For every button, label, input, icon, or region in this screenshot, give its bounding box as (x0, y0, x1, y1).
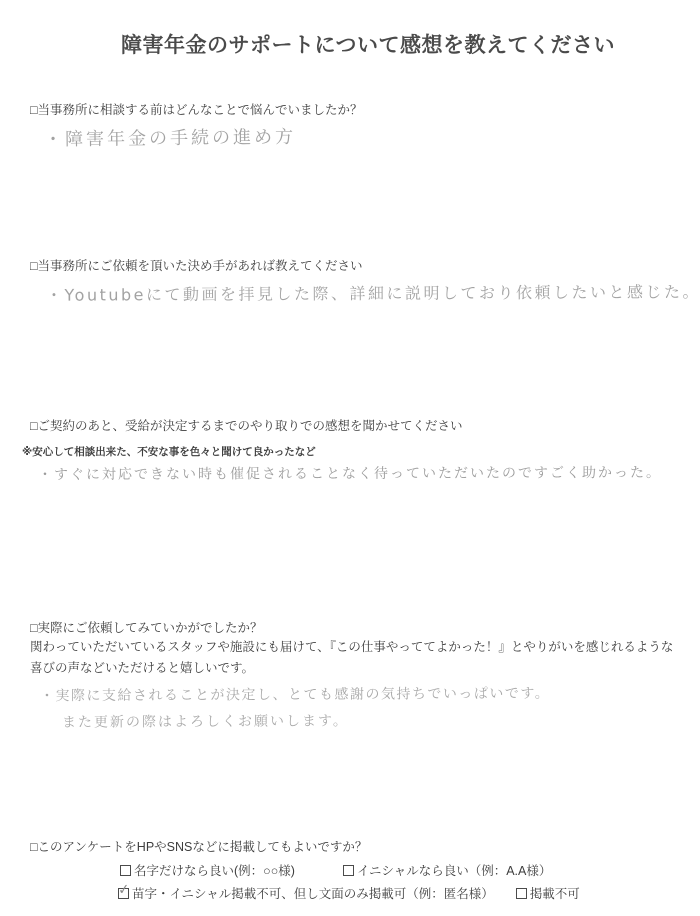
option-anonymous-text-only: ✓ 苗字・イニシャル掲載不可、但し文面のみ掲載可（例：匿名様） (118, 884, 494, 902)
checkbox-lastname-ok[interactable] (120, 865, 131, 876)
option-no-publication-label: 掲載不可 (530, 884, 580, 902)
question-4-label: □実際にご依頼してみていかがでしたか？ (30, 618, 263, 636)
question-1-handwritten-answer: ・障害年金の手続の進め方 (44, 123, 296, 152)
survey-page: 障害年金のサポートについて感想を教えてください □当事務所に相談する前はどんなこ… (0, 0, 700, 916)
question-4-description: 関わっていただいているスタッフや施設にも届けて、『この仕事やっててよかった！』と… (30, 637, 678, 679)
publication-options-row-2: ✓ 苗字・イニシャル掲載不可、但し文面のみ掲載可（例：匿名様） 掲載不可 (118, 884, 580, 902)
publication-options-row-1: 名字だけなら良い(例：○○様) イニシャルなら良い（例：A.A様） (120, 861, 551, 879)
option-lastname-ok: 名字だけなら良い(例：○○様) (120, 861, 295, 879)
option-lastname-ok-label: 名字だけなら良い(例：○○様) (134, 861, 295, 879)
option-anonymous-text-only-label: 苗字・イニシャル掲載不可、但し文面のみ掲載可（例：匿名様） (132, 884, 494, 902)
question-4-handwritten-answer-line2: また更新の際はよろしくお願いします。 (62, 710, 349, 732)
option-no-publication: 掲載不可 (516, 884, 580, 902)
question-3-label: □ご契約のあと、受給が決定するまでのやり取りでの感想を聞かせてください (30, 416, 463, 434)
checkbox-anonymous-text-only[interactable]: ✓ (118, 888, 129, 899)
question-3-hint-note: ※安心して相談出来た、不安な事を色々と聞けて良かったなど (22, 444, 316, 459)
question-2-handwritten-answer: ・Youtubeにて動画を拝見した際、詳細に説明しており依頼したいと感じた。 (46, 279, 700, 305)
question-4-handwritten-answer-line1: ・実際に支給されることが決定し、とても感謝の気持ちでいっぱいです。 (40, 683, 550, 706)
question-3-handwritten-answer: ・すぐに対応できない時も催促されることなく待っていただいたのですごく助かった。 (38, 462, 662, 484)
question-1-label: □当事務所に相談する前はどんなことで悩んでいましたか？ (30, 100, 363, 118)
page-title: 障害年金のサポートについて感想を教えてください (36, 29, 700, 59)
checkbox-initials-ok[interactable] (343, 865, 354, 876)
question-2-label: □当事務所にご依頼を頂いた決め手があれば教えてください (30, 256, 363, 274)
option-initials-ok-label: イニシャルなら良い（例：A.A様） (357, 861, 551, 879)
option-initials-ok: イニシャルなら良い（例：A.A様） (343, 861, 551, 879)
question-5-label: □このアンケートをHPやSNSなどに掲載してもよいですか？ (30, 837, 367, 855)
checkbox-no-publication[interactable] (516, 888, 527, 899)
check-mark-icon: ✓ (117, 882, 130, 897)
